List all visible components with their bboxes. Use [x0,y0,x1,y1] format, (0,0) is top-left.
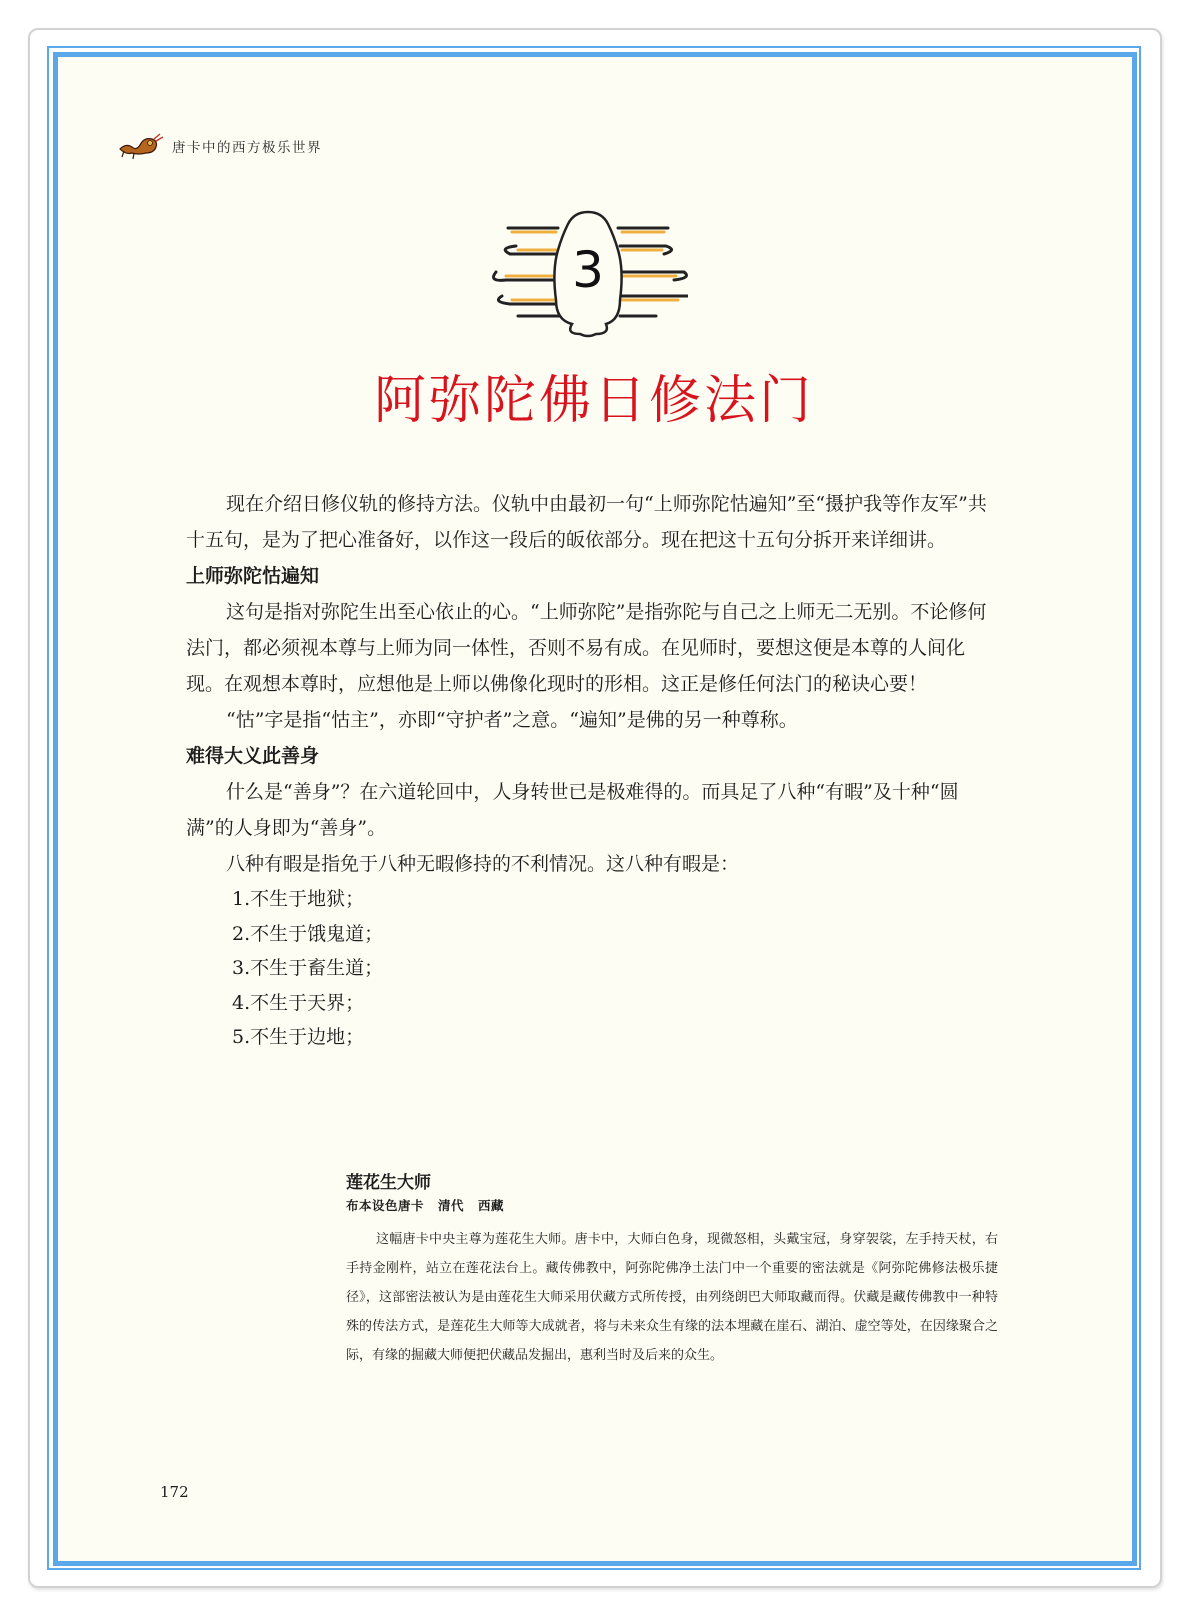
running-header: 唐卡中的西方极乐世界 [118,131,322,161]
list-item: 2.不生于饿鬼道； [186,917,994,952]
running-header-title: 唐卡中的西方极乐世界 [172,136,322,156]
caption-title: 莲花生大师 [346,1170,998,1196]
intro-paragraph: 现在介绍日修仪轨的修持方法。仪轨中由最初一句“上师弥陀怙遍知”至“摄护我等作友军… [186,486,994,558]
caption-origin: 西藏 [478,1198,504,1213]
paragraph: “怙”字是指“怙主”，亦即“守护者”之意。“遍知”是佛的另一种尊称。 [186,702,994,738]
chapter-number: 3 [488,240,688,300]
paragraph: 什么是“善身”？在六道轮回中，人身转世已是极难得的。而具足了八种“有暇”及十种“… [186,774,994,846]
body-text: 现在介绍日修仪轨的修持方法。仪轨中由最初一句“上师弥陀怙遍知”至“摄护我等作友军… [186,486,994,1055]
figure-caption: 莲花生大师 布本设色唐卡清代西藏 这幅唐卡中央主尊为莲花生大师。唐卡中，大师白色… [346,1170,998,1370]
section-heading: 上师弥陀怙遍知 [186,558,994,594]
section-heading: 难得大义此善身 [186,738,994,774]
caption-period: 清代 [438,1198,464,1213]
caption-medium: 布本设色唐卡 [346,1198,424,1213]
caption-text: 这幅唐卡中央主尊为莲花生大师。唐卡中，大师白色身，现微怒相，头戴宝冠，身穿袈裟，… [346,1225,998,1370]
paragraph: 这句是指对弥陀生出至心依止的心。“上师弥陀”是指弥陀与自己之上师无二无别。不论修… [186,594,994,702]
dragon-icon [118,131,166,161]
caption-body: 这幅唐卡中央主尊为莲花生大师。唐卡中，大师白色身，现微怒相，头戴宝冠，身穿袈裟，… [346,1225,998,1370]
list-item: 5.不生于边地； [186,1020,994,1055]
list-item: 4.不生于天界； [186,986,994,1021]
list-item: 1.不生于地狱； [186,882,994,917]
paragraph: 八种有暇是指免于八种无暇修持的不利情况。这八种有暇是： [186,846,994,882]
caption-subtitle: 布本设色唐卡清代西藏 [346,1196,998,1216]
list-item: 3.不生于畜生道； [186,951,994,986]
chapter-badge: 3 [488,200,688,340]
page-title: 阿弥陀佛日修法门 [0,366,1188,436]
page-number: 172 [160,1483,189,1501]
